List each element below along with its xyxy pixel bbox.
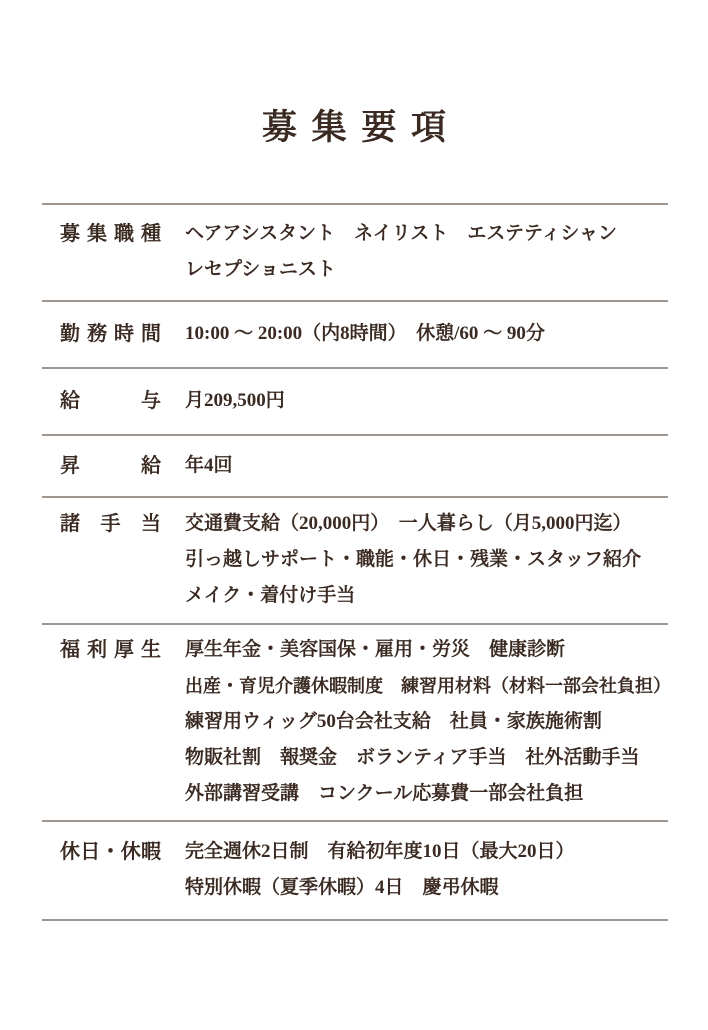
table-row-salary: 給与 月209,500円 [42,367,668,434]
row-label: 昇給 [60,448,161,484]
value-line: 外部講習受講 コンクール応募費一部会社負担 [185,776,671,812]
row-value: 月209,500円 [185,383,285,419]
recruitment-spec-table: 募集職種 ヘアアシスタント ネイリスト エステティシャン レセプショニスト 勤務… [42,203,668,921]
table-row-job-type: 募集職種 ヘアアシスタント ネイリスト エステティシャン レセプショニスト [42,203,668,300]
value-line: 練習用ウィッグ50台会社支給 社員・家族施術割 [185,704,671,740]
value-line: 特別休暇（夏季休暇）4日 慶弔休暇 [185,870,575,906]
page-title: 募集要項 [0,104,708,152]
value-line: 厚生年金・美容国保・雇用・労災 健康診断 [185,632,671,668]
row-value: 10:00 ～ 20:00（内8時間） 休憩/60 ～ 90分 [185,316,545,352]
table-row-allowances: 諸手当 交通費支給（20,000円） 一人暮らし（月5,000円迄） 引っ越しサ… [42,496,668,623]
table-row-raise: 昇給 年4回 [42,434,668,496]
row-label: 給与 [60,383,161,419]
row-value: 完全週休2日制 有給初年度10日（最大20日） 特別休暇（夏季休暇）4日 慶弔休… [185,834,575,906]
row-label: 諸手当 [60,506,161,542]
value-line: 交通費支給（20,000円） 一人暮らし（月5,000円迄） [185,506,641,542]
row-value: 交通費支給（20,000円） 一人暮らし（月5,000円迄） 引っ越しサポート・… [185,506,641,614]
table-row-benefits: 福利厚生 厚生年金・美容国保・雇用・労災 健康診断 出産・育児介護休暇制度 練習… [42,623,668,820]
row-label: 休日・休暇 [60,834,161,870]
row-label: 募集職種 [60,216,161,252]
recruitment-notice-page: { "page": { "title": "募集要項" }, "colors":… [0,0,708,1030]
value-line: レセプショニスト [185,252,617,288]
value-line: メイク・着付け手当 [185,578,641,614]
row-label: 勤務時間 [60,316,161,352]
row-value: 年4回 [185,448,233,484]
row-value: ヘアアシスタント ネイリスト エステティシャン レセプショニスト [185,216,617,288]
value-line: ヘアアシスタント ネイリスト エステティシャン [185,216,617,252]
value-line: 月209,500円 [185,383,285,419]
value-line: 出産・育児介護休暇制度 練習用材料（材料一部会社負担） [185,668,671,704]
row-label: 福利厚生 [60,632,161,668]
value-line: 10:00 ～ 20:00（内8時間） 休憩/60 ～ 90分 [185,316,545,352]
row-value: 厚生年金・美容国保・雇用・労災 健康診断 出産・育児介護休暇制度 練習用材料（材… [185,632,671,812]
value-line: 年4回 [185,448,233,484]
value-line: 物販社割 報奨金 ボランティア手当 社外活動手当 [185,740,671,776]
table-row-working-hours: 勤務時間 10:00 ～ 20:00（内8時間） 休憩/60 ～ 90分 [42,300,668,367]
value-line: 引っ越しサポート・職能・休日・残業・スタッフ紹介 [185,542,641,578]
table-row-holidays: 休日・休暇 完全週休2日制 有給初年度10日（最大20日） 特別休暇（夏季休暇）… [42,820,668,921]
value-line: 完全週休2日制 有給初年度10日（最大20日） [185,834,575,870]
